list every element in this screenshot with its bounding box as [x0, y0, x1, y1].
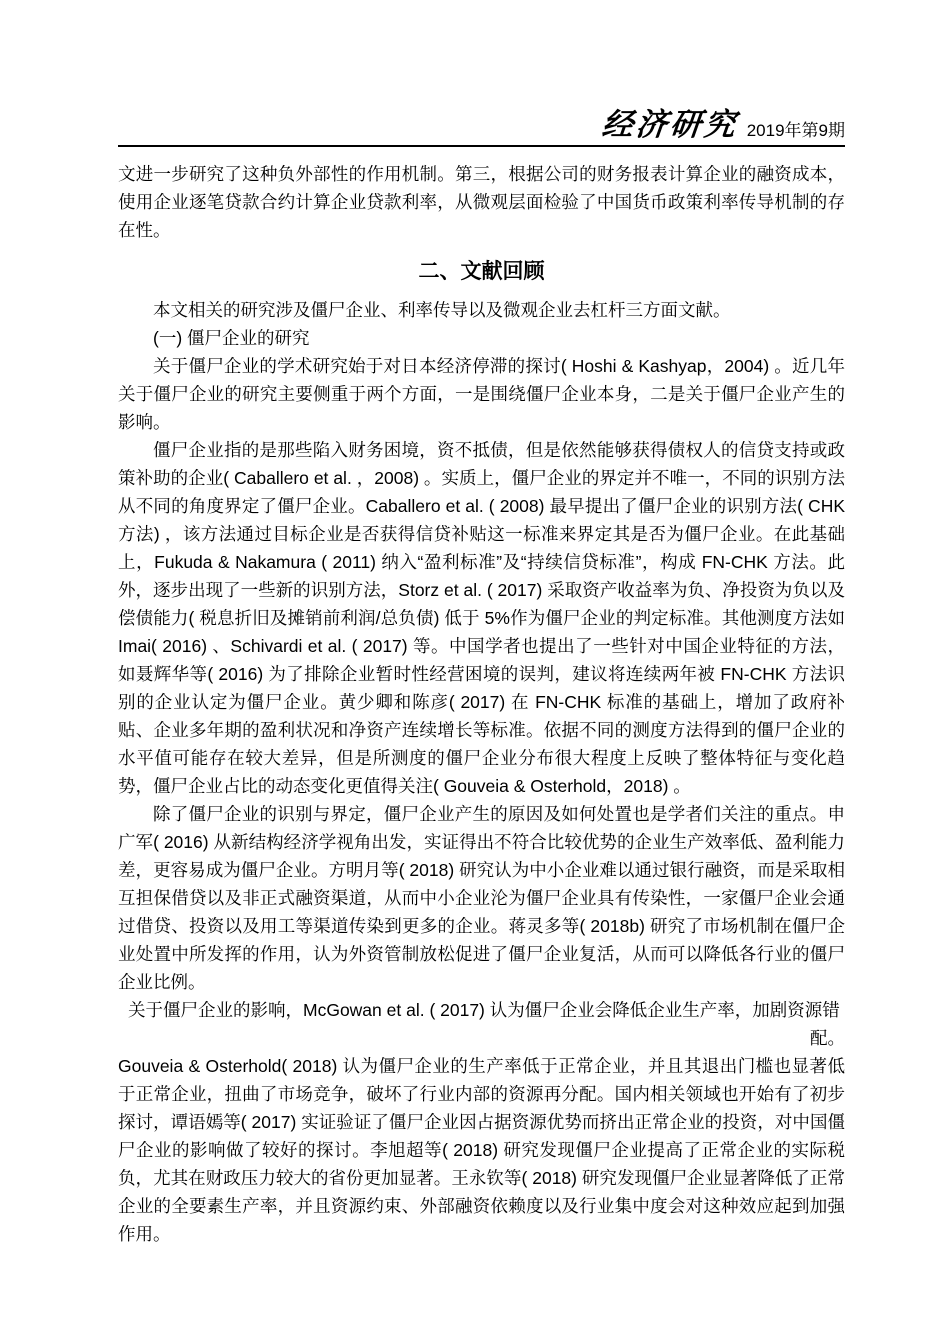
intro-paragraph: 文进一步研究了这种负外部性的作用机制。第三，根据公司的财务报表计算企业的融资成本…: [118, 160, 845, 244]
paragraph-zombie-impact-text: 关于僵尸企业的影响，McGowan et al. ( 2017) 认为僵尸企业会…: [118, 996, 845, 1024]
section-heading: 二、文献回顾: [118, 257, 845, 287]
paragraph-overview: 本文相关的研究涉及僵尸企业、利率传导以及微观企业去杠杆三方面文献。: [118, 296, 845, 324]
paper-page: 经济研究 2019年第9期 文进一步研究了这种负外部性的作用机制。第三，根据公司…: [0, 0, 950, 1344]
subsection-heading-zombie-research: (一) 僵尸企业的研究: [118, 324, 845, 352]
journal-logo: 经济研究: [600, 110, 739, 141]
issue-label: 2019年第9期: [747, 122, 845, 141]
paragraph-zombie-definition: 僵尸企业指的是那些陷入财务困境，资不抵债，但是依然能够获得债权人的信贷支持或政策…: [118, 436, 845, 800]
article-body: 文进一步研究了这种负外部性的作用机制。第三，根据公司的财务报表计算企业的融资成本…: [0, 147, 950, 1248]
paragraph-zombie-causes: 除了僵尸企业的识别与界定，僵尸企业产生的原因及如何处置也是学者们关注的重点。申广…: [118, 800, 845, 996]
journal-masthead: 经济研究 2019年第9期: [118, 110, 845, 141]
paragraph-closing: Gouveia & Osterhold( 2018) 认为僵尸企业的生产率低于正…: [118, 1052, 845, 1248]
paragraph-zombie-impact: 关于僵尸企业的影响，McGowan et al. ( 2017) 认为僵尸企业会…: [118, 996, 845, 1052]
carry-line: 配。: [118, 1024, 845, 1052]
page-header: 经济研究 2019年第9期: [0, 0, 950, 147]
paragraph-research-origin: 关于僵尸企业的学术研究始于对日本经济停滞的探讨( Hoshi & Kashyap…: [118, 352, 845, 436]
